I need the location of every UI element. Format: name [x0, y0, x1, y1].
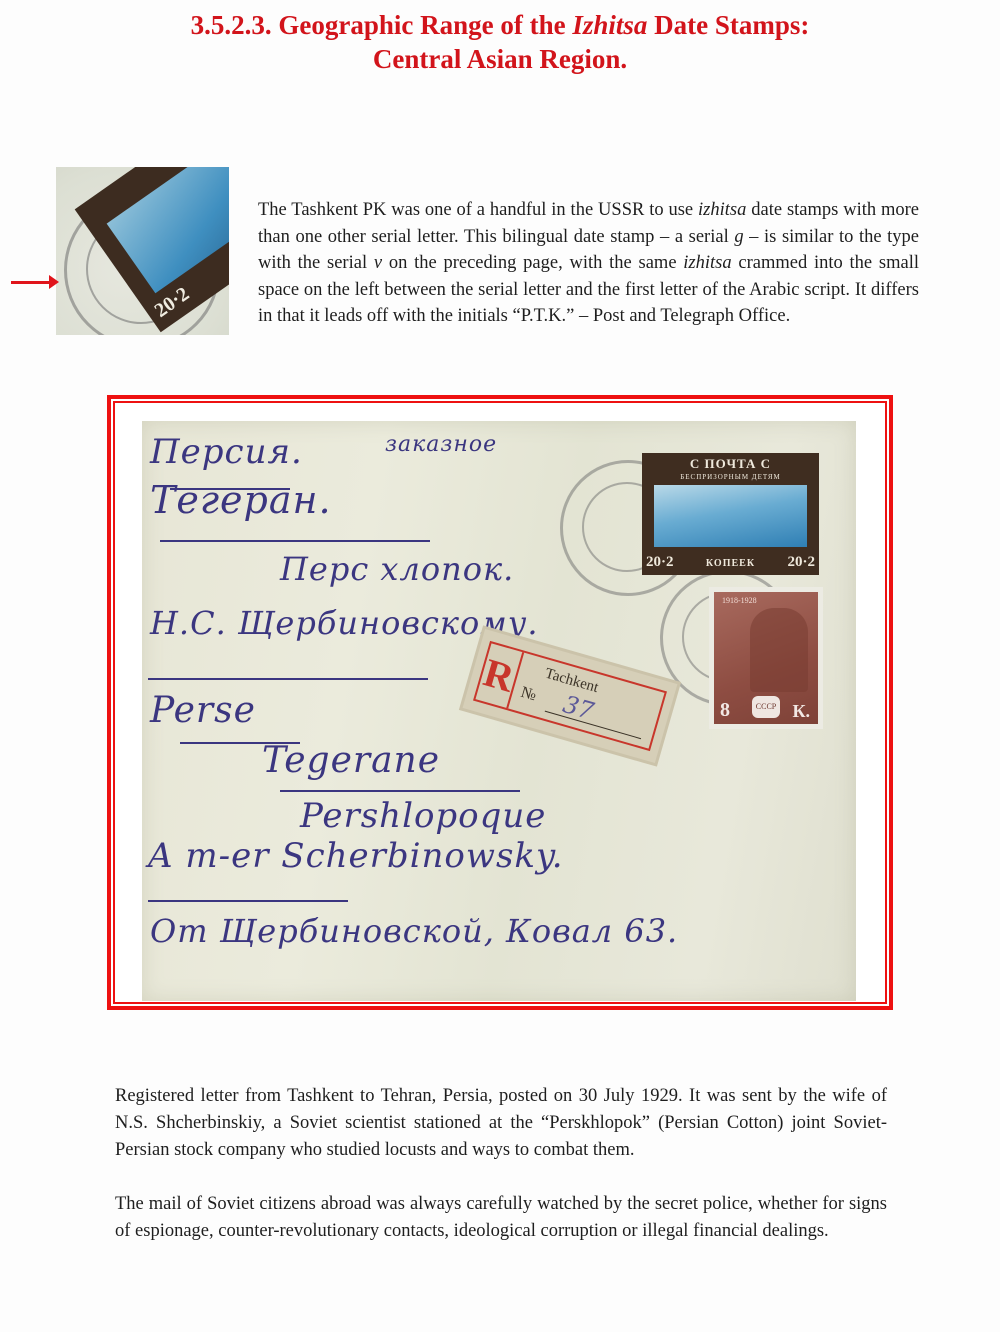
title-suffix: Date Stamps: — [647, 10, 809, 40]
hw-line: От Щербиновской, Ковал 63. — [150, 912, 678, 950]
hw-line: Pershlopoque — [300, 796, 546, 836]
intro-italic-term: izhitsa — [683, 253, 731, 273]
hw-line: Тегеран. — [150, 478, 332, 522]
registration-line — [545, 711, 641, 740]
stamp-picture — [654, 485, 807, 547]
hw-line: Н.С. Щербиновскому. — [150, 604, 539, 642]
hw-line: Perse — [150, 690, 256, 731]
caption-paragraph-1: Registered letter from Tashkent to Tehra… — [115, 1083, 887, 1164]
stamp-8-kopeks: 1918-1928 8 СССР К. — [714, 592, 818, 724]
intro-text: on the preceding page, with the same — [382, 253, 683, 273]
page-title: 3.5.2.3. Geographic Range of the Izhitsa… — [0, 8, 1000, 76]
intro-italic-term: izhitsa — [698, 200, 746, 220]
hw-line: Tegerane — [262, 740, 440, 781]
title-line-1: 3.5.2.3. Geographic Range of the Izhitsa… — [0, 8, 1000, 42]
caption: Registered letter from Tashkent to Tehra… — [115, 1083, 887, 1272]
stamp-value-left: 20·2 — [646, 554, 674, 571]
hw-line: заказное — [385, 432, 497, 457]
hw-line: Персия. — [150, 432, 303, 472]
stamp-currency: КОПЕЕК — [706, 558, 755, 569]
intro-paragraph: The Tashkent PK was one of a handful in … — [258, 197, 919, 330]
stamp-picture — [107, 167, 229, 293]
title-prefix: 3.5.2.3. Geographic Range of the — [191, 10, 573, 40]
stamp-subheader: БЕСПРИЗОРНЫМ ДЕТЯМ — [642, 473, 819, 481]
stamp-value-right: 20·2 — [787, 554, 815, 571]
stamp-header: С ПОЧТА С — [642, 456, 819, 472]
stamp-unit: К. — [792, 701, 810, 722]
hw-line: A m-er Scherbinowsky. — [148, 836, 564, 876]
stamp-20-kopeks: С ПОЧТА С БЕСПРИЗОРНЫМ ДЕТЯМ 20·2 КОПЕЕК… — [642, 453, 819, 575]
stamp-emblem: СССР — [752, 696, 780, 718]
underline — [160, 540, 430, 542]
title-line-2: Central Asian Region. — [0, 42, 1000, 76]
caption-paragraph-2: The mail of Soviet citizens abroad was a… — [115, 1191, 887, 1245]
intro-italic-term: g — [734, 227, 743, 247]
red-arrow-icon — [11, 281, 56, 284]
intro-text: The Tashkent PK was one of a handful in … — [258, 200, 698, 220]
registration-letter: R — [475, 643, 524, 708]
title-italic-word: Izhitsa — [572, 10, 647, 40]
underline — [148, 900, 348, 902]
stamp-value: 8 — [720, 699, 730, 722]
intro-italic-term: v — [374, 253, 382, 273]
stamp-value-row: 20·2 КОПЕЕК 20·2 — [646, 554, 815, 571]
underline — [280, 790, 520, 792]
registration-number-prefix: № — [519, 684, 539, 706]
postmark-detail-image: 20·2 — [56, 167, 229, 335]
stamp-years: 1918-1928 — [722, 596, 757, 605]
underline — [148, 678, 428, 680]
stamp-figure — [750, 608, 808, 692]
hw-line: Перс хлопок. — [280, 550, 514, 588]
